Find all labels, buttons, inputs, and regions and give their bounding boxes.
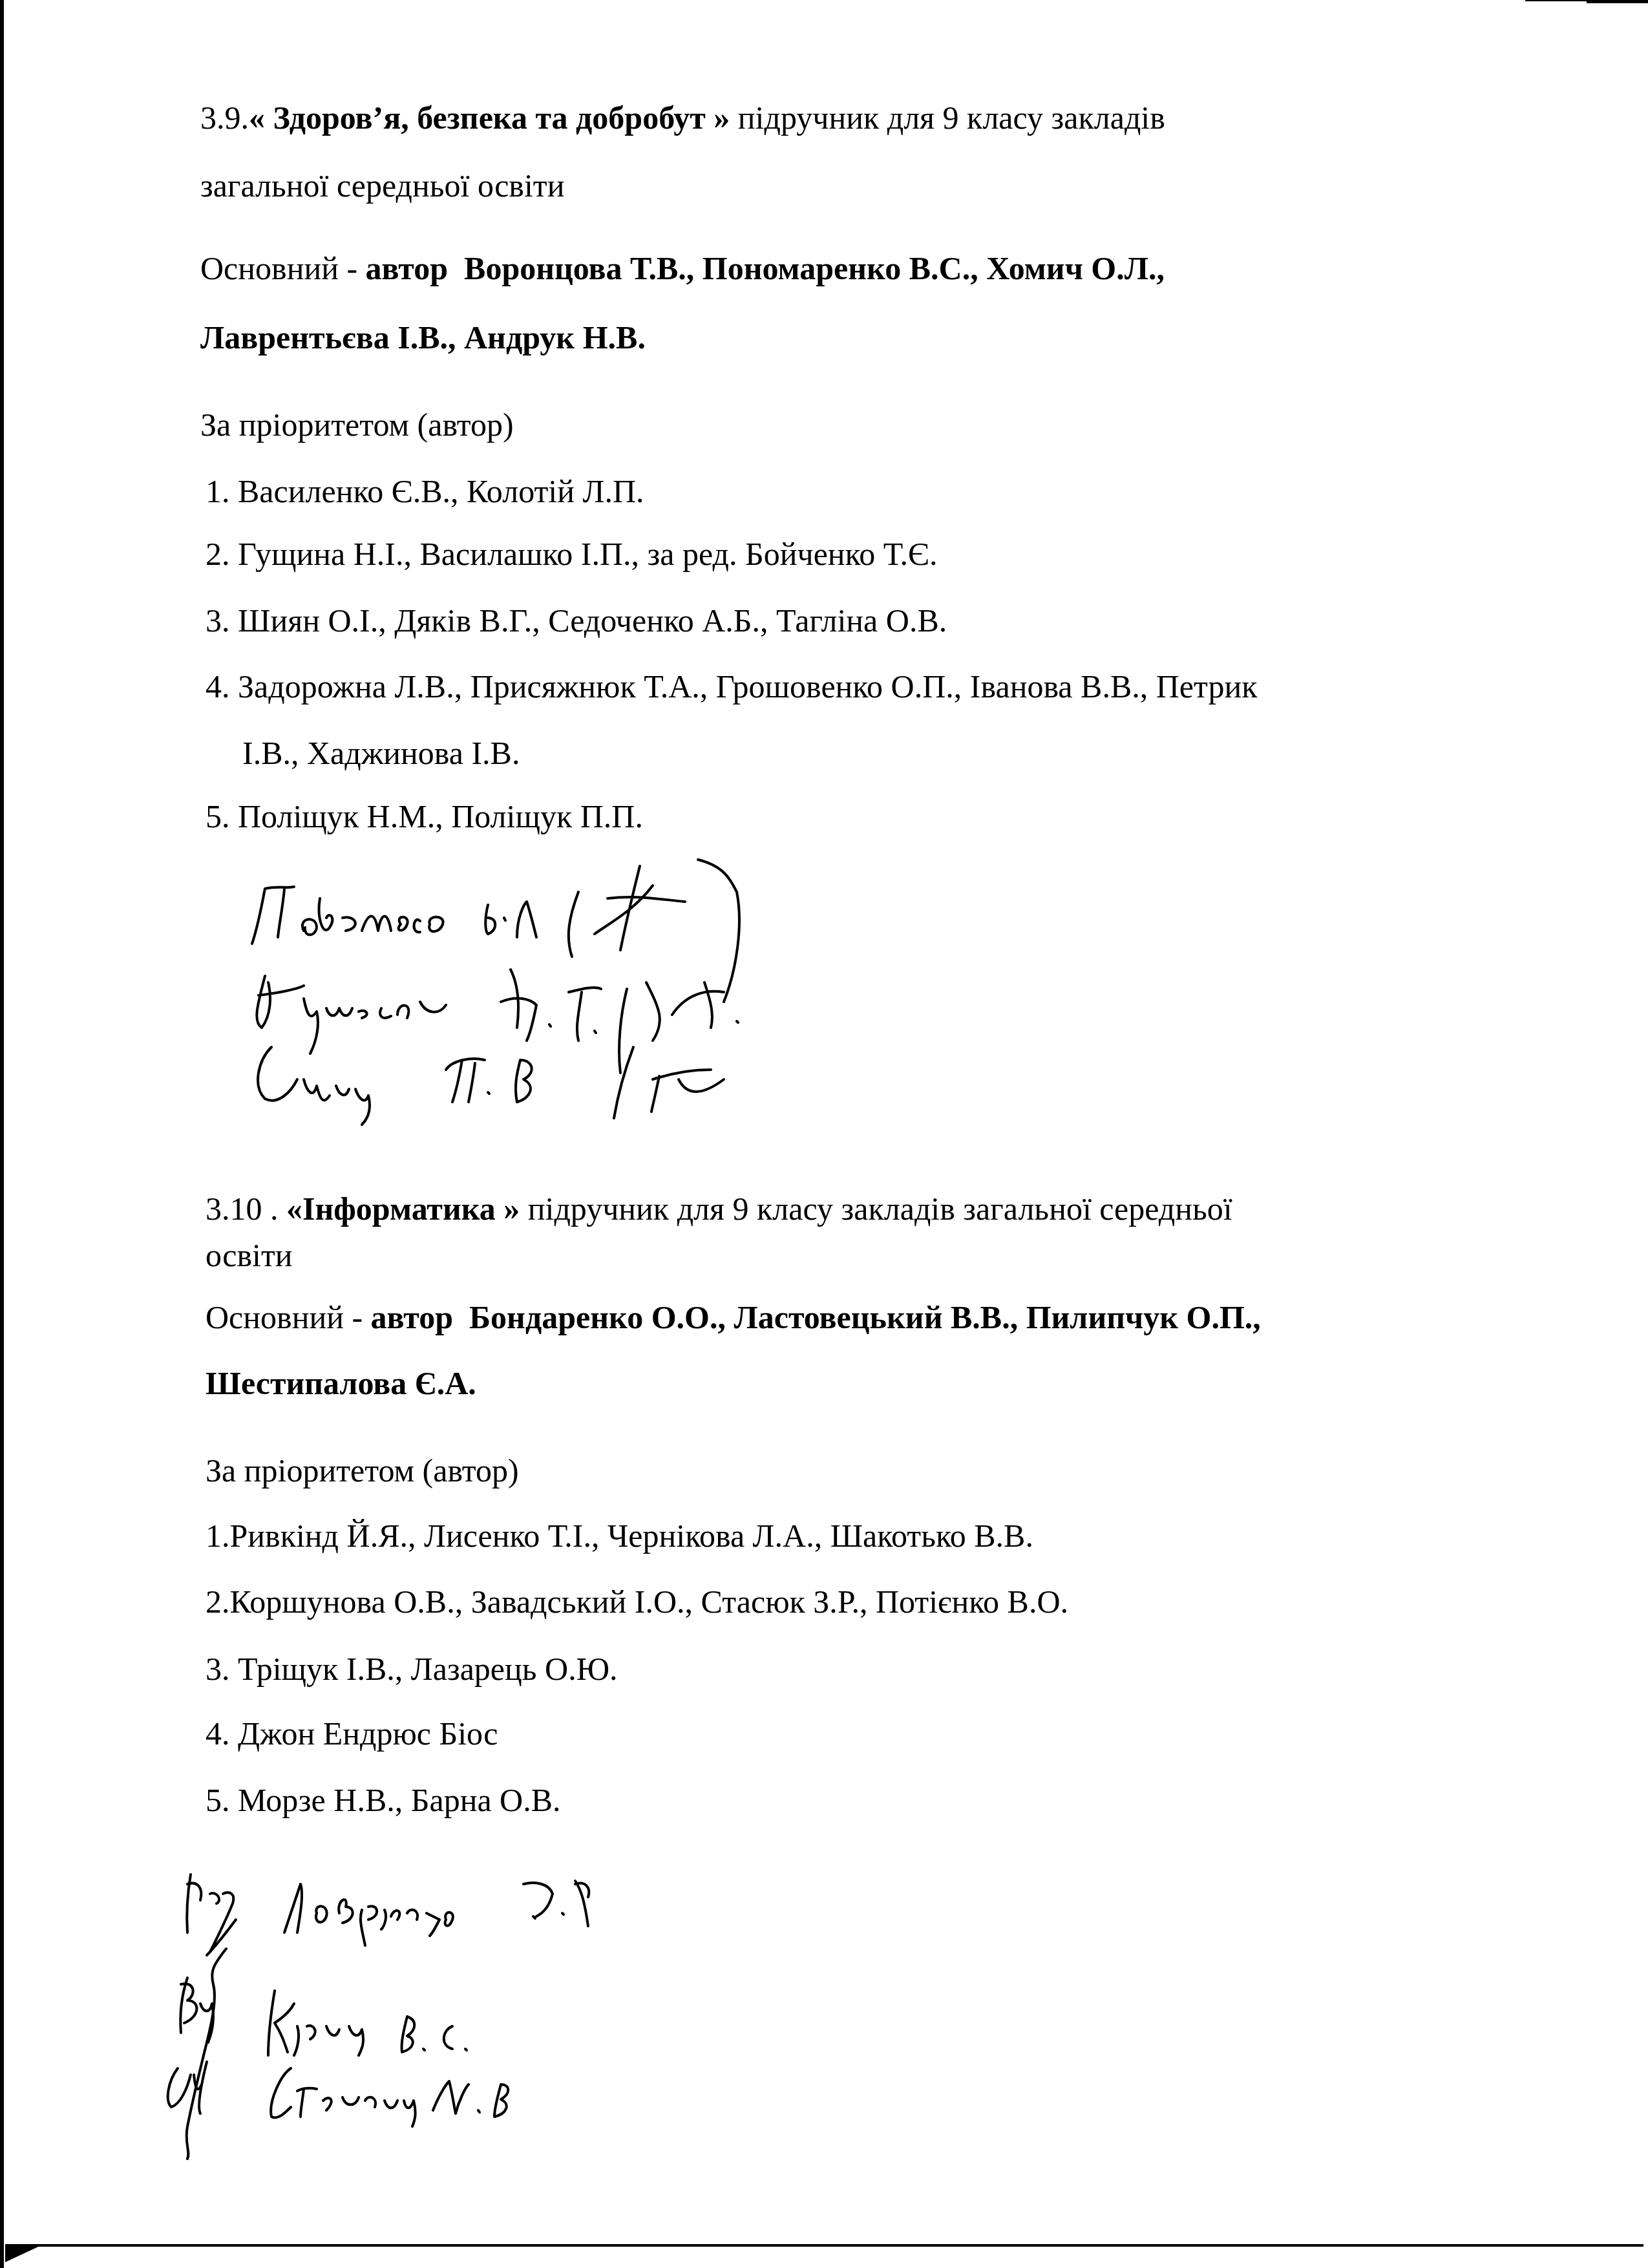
section-number: 3.9.: [200, 100, 249, 136]
section-number: 3.10 .: [206, 1191, 286, 1227]
textbook-title: « Здоров’я, безпека та добробут »: [249, 100, 730, 136]
priority-item: 1.Ривкінд Й.Я., Лисенко Т.І., Чернікова …: [206, 1516, 1033, 1555]
section-3-9-priority-label: За пріоритетом (автор): [200, 405, 514, 444]
section-3-9-heading: 3.9.« Здоров’я, безпека та добробут » пі…: [200, 98, 1165, 137]
scan-top-artifact-bar: [1587, 0, 1648, 3]
main-authors: Воронцова Т.В., Пономаренко В.С., Хомич …: [464, 250, 1165, 286]
section-3-10-priority-label: За пріоритетом (автор): [206, 1451, 519, 1490]
scanned-document-page: 3.9.« Здоров’я, безпека та добробут » пі…: [0, 0, 1648, 2268]
priority-item: 4. Джон Ендрюс Біос: [206, 1714, 498, 1753]
scan-left-border: [0, 0, 4, 2268]
section-3-10-heading-line2: освіти: [206, 1236, 293, 1275]
priority-item: 3. Тріщук І.В., Лазарець О.Ю.: [206, 1649, 618, 1688]
handwritten-signatures-3-9: [233, 853, 1137, 1128]
scan-bottom-border: [5, 2244, 1643, 2247]
author-label: автор: [366, 250, 448, 286]
section-3-9-main-authors: Основний - автор Воронцова Т.В., Пономар…: [200, 249, 1165, 288]
section-3-10-main-authors-line2: Шестипалова Є.А.: [206, 1364, 476, 1403]
heading-text: підручник для 9 класу закладів: [730, 100, 1165, 136]
scan-bottom-corner: [5, 2244, 44, 2262]
priority-item: 2. Гущина Н.І., Василашко І.П., за ред. …: [206, 535, 937, 573]
main-label: Основний -: [200, 250, 366, 286]
handwritten-signatures-3-10: [162, 1855, 1066, 2168]
section-3-10-main-authors: Основний - автор Бондаренко О.О., Ластов…: [206, 1298, 1261, 1337]
author-label: автор: [371, 1299, 453, 1335]
priority-item: 4. Задорожна Л.В., Присяжнюк Т.А., Грошо…: [206, 667, 1258, 706]
main-label: Основний -: [206, 1299, 371, 1335]
priority-item: 5. Морзе Н.В., Барна О.В.: [206, 1781, 561, 1819]
heading-text: підручник для 9 класу закладів загальної…: [520, 1191, 1232, 1227]
scan-top-artifact: [1525, 0, 1587, 1]
priority-item: 2.Коршунова О.В., Завадський І.О., Стасю…: [206, 1582, 1068, 1621]
priority-item: 5. Поліщук Н.М., Поліщук П.П.: [206, 797, 643, 836]
section-3-10-heading: 3.10 . «Інформатика » підручник для 9 кл…: [206, 1189, 1232, 1228]
priority-item: 3. Шиян О.І., Дяків В.Г., Седоченко А.Б.…: [206, 601, 947, 640]
main-authors: Бондаренко О.О., Ластовецький В.В., Пили…: [469, 1299, 1261, 1335]
priority-item-continued: І.В., Хаджинова І.В.: [242, 734, 520, 772]
section-3-9-main-authors-line2: Лаврентьєва І.В., Андрук Н.В.: [200, 318, 646, 357]
textbook-title: «Інформатика »: [286, 1191, 520, 1227]
section-3-9-heading-line2: загальної середньої освіти: [200, 166, 564, 205]
priority-item: 1. Василенко Є.В., Колотій Л.П.: [206, 472, 644, 511]
